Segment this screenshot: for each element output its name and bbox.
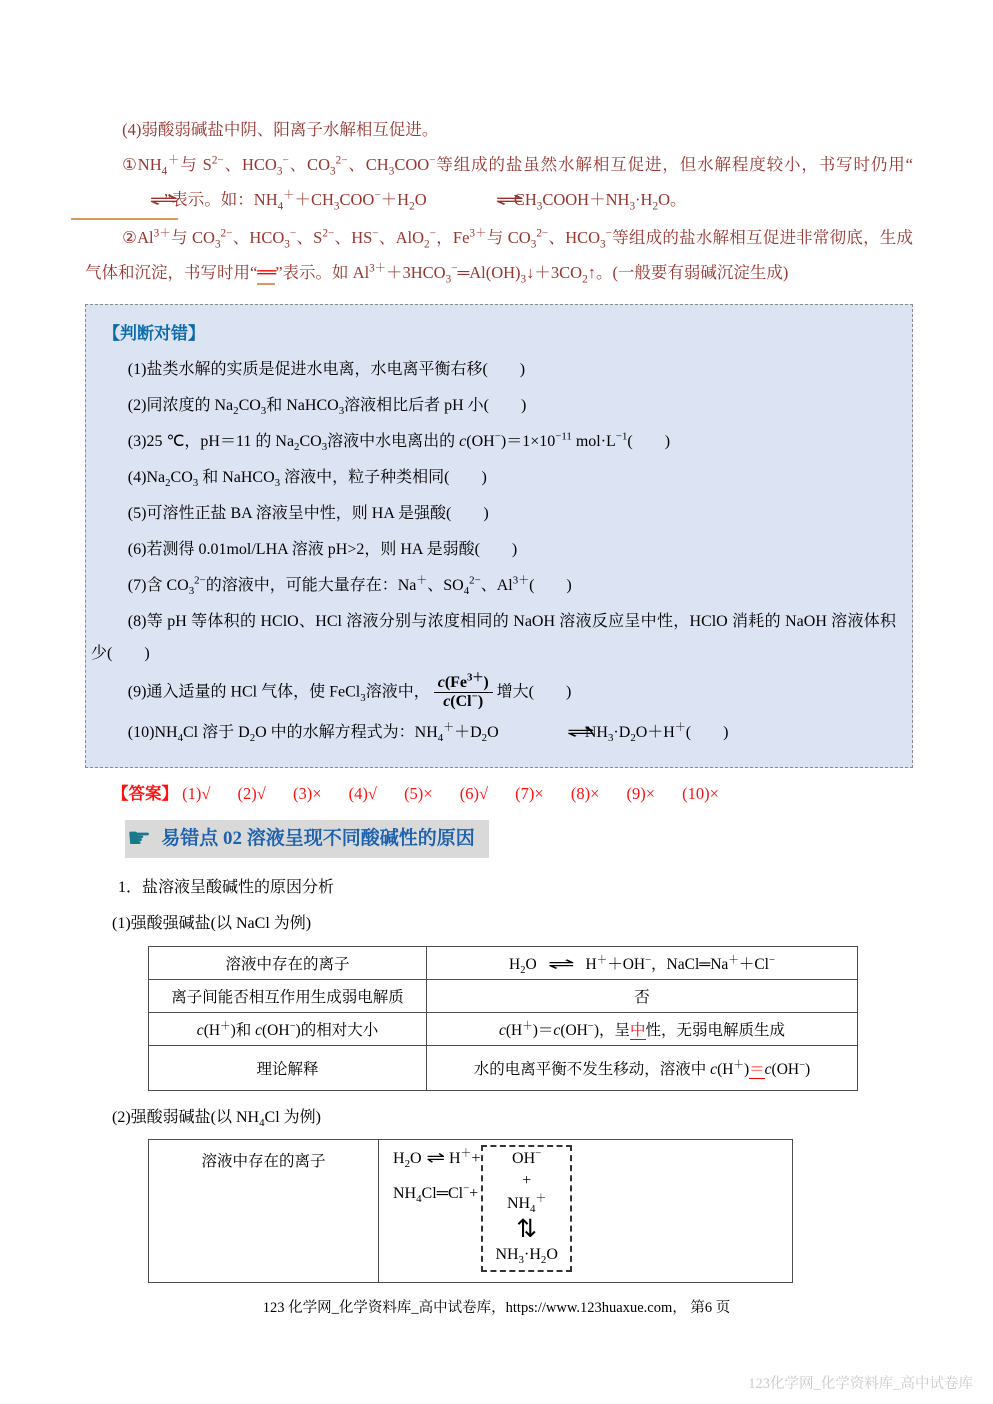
answer-item-7: (7)× bbox=[515, 784, 544, 803]
table-row: 溶液中存在的离子 H2O⇌H＋+ NH4Cl═Cl−+ OH− + NH4＋ ⇅… bbox=[149, 1139, 793, 1282]
answer-item-3: (3)× bbox=[293, 784, 322, 803]
hydrolysis-diagram: H2O⇌H＋+ NH4Cl═Cl−+ OH− + NH4＋ ⇅ NH3·H2O bbox=[393, 1145, 792, 1272]
row-label: c(H＋)和 c(OH−)的相对大小 bbox=[149, 1012, 427, 1045]
quiz-item-9: (9)通入适量的 HCl 气体，使 FeCl3溶液中，c(Fe3＋)c(Cl−)… bbox=[91, 674, 902, 712]
subsection-1-heading: 1．盐溶液呈酸碱性的原因分析 bbox=[118, 874, 913, 897]
answers-label: 【答案】 bbox=[112, 784, 178, 803]
answer-item-8: (8)× bbox=[571, 784, 600, 803]
diagram-equations: H2O⇌H＋+ NH4Cl═Cl−+ bbox=[393, 1145, 480, 1203]
error-point-strip: ☛ 易错点 02 溶液呈现不同酸碱性的原因 bbox=[125, 820, 489, 858]
judge-true-false-box: 【判断对错】 (1)盐类水解的实质是促进水电离，水电离平衡右移( ) (2)同浓… bbox=[85, 304, 913, 768]
answer-item-10: (10)× bbox=[682, 784, 719, 803]
answer-item-5: (5)× bbox=[404, 784, 433, 803]
corner-watermark: 123化学网_化学资料库_高中试卷库 bbox=[748, 1372, 973, 1393]
answers-line: 【答案】 (1)√ (2)√ (3)× (4)√ (5)× (6)√ (7)× … bbox=[112, 780, 913, 804]
row-value: 水的电离平衡不发生移动，溶液中 c(H＋)＝c(OH−) bbox=[427, 1045, 858, 1090]
intro-item-2: ②Al3＋与 CO32−、HCO3−、S2−、HS−、AlO2−，Fe3＋与 C… bbox=[85, 220, 913, 290]
ammonium-ion: NH4＋ bbox=[507, 1193, 546, 1215]
dashed-combination-box: OH− + NH4＋ ⇅ NH3·H2O bbox=[481, 1145, 571, 1272]
subsection-nacl-heading: (1)强酸强碱盐(以 NaCl 为例) bbox=[112, 910, 913, 933]
row-value: H2O ⇌ H＋＋OH−，NaCl═Na＋＋Cl− bbox=[427, 946, 858, 979]
quiz-item-6: (6)若测得 0.01mol/LHA 溶液 pH>2，则 HA 是弱酸( ) bbox=[91, 534, 902, 566]
quiz-item-1: (1)盐类水解的实质是促进水电离，水电离平衡右移( ) bbox=[91, 354, 902, 386]
subsection-nh4cl-heading: (2)强酸弱碱盐(以 NH4Cl 为例) bbox=[112, 1104, 913, 1127]
quiz-item-5: (5)可溶性正盐 BA 溶液呈中性，则 HA 是强酸( ) bbox=[91, 498, 902, 530]
quiz-item-2: (2)同浓度的 Na2CO3和 NaHCO3溶液相比后者 pH 小( ) bbox=[91, 390, 902, 422]
row-label: 溶液中存在的离子 bbox=[149, 1139, 379, 1282]
nh4cl-dissociation-equation: NH4Cl═Cl−+ bbox=[393, 1185, 480, 1203]
intro-item-1: ①NH4＋与 S2−、HCO3−、CO32−、CH3COO−等组成的盐虽然水解相… bbox=[85, 147, 913, 220]
error-point-header: ☛ 易错点 02 溶液呈现不同酸碱性的原因 bbox=[125, 820, 913, 858]
ammonia-hydrate: NH3·H2O bbox=[495, 1244, 557, 1266]
intro-section: (4)弱酸弱碱盐中阴、阳离子水解相互促进。 ①NH4＋与 S2−、HCO3−、C… bbox=[85, 112, 913, 290]
answer-item-6: (6)√ bbox=[460, 784, 488, 803]
plus-sign: + bbox=[522, 1170, 531, 1192]
table-row: 离子间能否相互作用生成弱电解质 否 bbox=[149, 979, 858, 1012]
nacl-analysis-table: 溶液中存在的离子 H2O ⇌ H＋＋OH−，NaCl═Na＋＋Cl− 离子间能否… bbox=[148, 946, 858, 1091]
document-page: (4)弱酸弱碱盐中阴、阳离子水解相互促进。 ①NH4＋与 S2−、HCO3−、C… bbox=[0, 0, 993, 1283]
answer-item-9: (9)× bbox=[627, 784, 656, 803]
table-row: c(H＋)和 c(OH−)的相对大小 c(H＋)＝c(OH−)，呈中性，无弱电解… bbox=[149, 1012, 858, 1045]
row-label: 溶液中存在的离子 bbox=[149, 946, 427, 979]
row-value: c(H＋)＝c(OH−)，呈中性，无弱电解质生成 bbox=[427, 1012, 858, 1045]
row-value: 否 bbox=[427, 979, 858, 1012]
page-footer: 123 化学网_化学资料库_高中试卷库，https://www.123huaxu… bbox=[0, 1296, 993, 1317]
row-label: 离子间能否相互作用生成弱电解质 bbox=[149, 979, 427, 1012]
row-label: 理论解释 bbox=[149, 1045, 427, 1090]
quiz-item-8: (8)等 pH 等体积的 HClO、HCl 溶液分别与浓度相同的 NaOH 溶液… bbox=[91, 606, 902, 670]
vertical-equilibrium-arrow-icon: ⇅ bbox=[516, 1215, 537, 1244]
quiz-item-4: (4)Na2CO3 和 NaHCO3 溶液中，粒子种类相同( ) bbox=[91, 462, 902, 494]
answer-item-1: (1)√ bbox=[182, 784, 210, 803]
pointing-hand-icon: ☛ bbox=[127, 823, 151, 854]
nh4cl-analysis-table: 溶液中存在的离子 H2O⇌H＋+ NH4Cl═Cl−+ OH− + NH4＋ ⇅… bbox=[148, 1139, 793, 1283]
intro-paragraph-4: (4)弱酸弱碱盐中阴、阳离子水解相互促进。 bbox=[85, 112, 913, 147]
error-point-title: 易错点 02 溶液呈现不同酸碱性的原因 bbox=[161, 828, 475, 849]
hydroxide-ion: OH− bbox=[512, 1148, 541, 1170]
quiz-item-10: (10)NH4Cl 溶于 D2O 中的水解方程式为：NH4＋＋D2O ⇌ NH3… bbox=[91, 716, 902, 749]
water-ionization-equation: H2O⇌H＋+ bbox=[393, 1148, 480, 1168]
table-row: 理论解释 水的电离平衡不发生移动，溶液中 c(H＋)＝c(OH−) bbox=[149, 1045, 858, 1090]
answer-item-4: (4)√ bbox=[349, 784, 377, 803]
answer-item-2: (2)√ bbox=[238, 784, 266, 803]
table-row: 溶液中存在的离子 H2O ⇌ H＋＋OH−，NaCl═Na＋＋Cl− bbox=[149, 946, 858, 979]
judge-box-title: 【判断对错】 bbox=[103, 319, 902, 344]
quiz-item-7: (7)含 CO32−的溶液中，可能大量存在：Na＋、SO42−、Al3＋( ) bbox=[91, 570, 902, 602]
row-value: H2O⇌H＋+ NH4Cl═Cl−+ OH− + NH4＋ ⇅ NH3·H2O bbox=[379, 1139, 793, 1282]
quiz-item-3: (3)25 ℃，pH＝11 的 Na2CO3溶液中水电离出的 c(OH−)＝1×… bbox=[91, 426, 902, 458]
